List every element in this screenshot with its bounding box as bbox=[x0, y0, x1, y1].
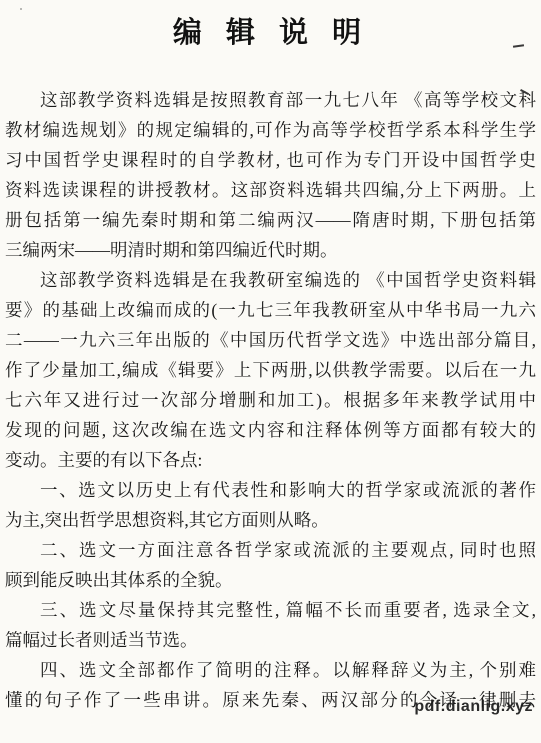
text-line: 作了少量加工,编成《辑要》上下两册,以供教学需要。以后在一九 bbox=[5, 355, 536, 385]
text-line: 资料选读课程的讲授教材。这部资料选辑共四编,分上下两册。上 bbox=[5, 175, 536, 205]
page-title: 编 辑 说 明 bbox=[0, 10, 541, 51]
text-line: 册包括第一编先秦时期和第二编两汉——隋唐时期, 下册包括第 bbox=[5, 205, 536, 235]
text-line: 这部教学资料选辑是在我教研室编选的 《中国哲学史资料辑 bbox=[5, 265, 536, 295]
scanned-book-page: 编 辑 说 明 这部教学资料选辑是按照教育部一九七八年 《高等学校文科教材编选规… bbox=[0, 0, 541, 743]
text-line: 发现的问题, 这次改编在选文内容和注释体例等方面都有较大的 bbox=[5, 415, 536, 445]
text-line: 变动。主要的有以下各点: bbox=[5, 445, 536, 475]
text-line: 习中国哲学史课程时的自学教材, 也可作为专门开设中国哲学史 bbox=[5, 145, 536, 175]
text-line: 四、选文全部都作了简明的注释。以解释辞义为主, 个别难 bbox=[5, 655, 536, 685]
text-line: 三编两宋——明清时期和第四编近代时期。 bbox=[5, 235, 536, 265]
scan-artifact-speck bbox=[524, 152, 527, 155]
text-line: 这部教学资料选辑是按照教育部一九七八年 《高等学校文科 bbox=[5, 85, 536, 115]
text-line: 为主,突出哲学思想资料,其它方面则从略。 bbox=[5, 505, 536, 535]
scan-artifact-speck bbox=[20, 8, 22, 10]
text-line: 一、选文以历史上有代表性和影响大的哲学家或流派的著作 bbox=[5, 475, 536, 505]
text-line: 篇幅过长者则适当节选。 bbox=[5, 625, 536, 655]
text-line: 三、选文尽量保持其完整性, 篇幅不长而重要者, 选录全文, bbox=[5, 595, 536, 625]
text-line: 懂的句子作了一些串讲。原来先秦、两汉部分的今译一律删去 bbox=[5, 685, 536, 715]
text-line: 要》的基础上改编而成的(一九七三年我教研室从中华书局一九六 bbox=[5, 295, 536, 325]
text-line: 二、选文一方面注意各哲学家或流派的主要观点, 同时也照 bbox=[5, 535, 536, 565]
body-text: 这部教学资料选辑是按照教育部一九七八年 《高等学校文科教材编选规划》的规定编辑的… bbox=[5, 85, 536, 715]
text-line: 顾到能反映出其体系的全貌。 bbox=[5, 565, 536, 595]
text-line: 七六年又进行过一次部分增删和加工)。根据多年来教学试用中 bbox=[5, 385, 536, 415]
text-line: 二——一九六三年出版的《中国历代哲学文选》中选出部分篇目, bbox=[5, 325, 536, 355]
text-line: 教材编选规划》的规定编辑的,可作为高等学校哲学系本科学生学 bbox=[5, 115, 536, 145]
